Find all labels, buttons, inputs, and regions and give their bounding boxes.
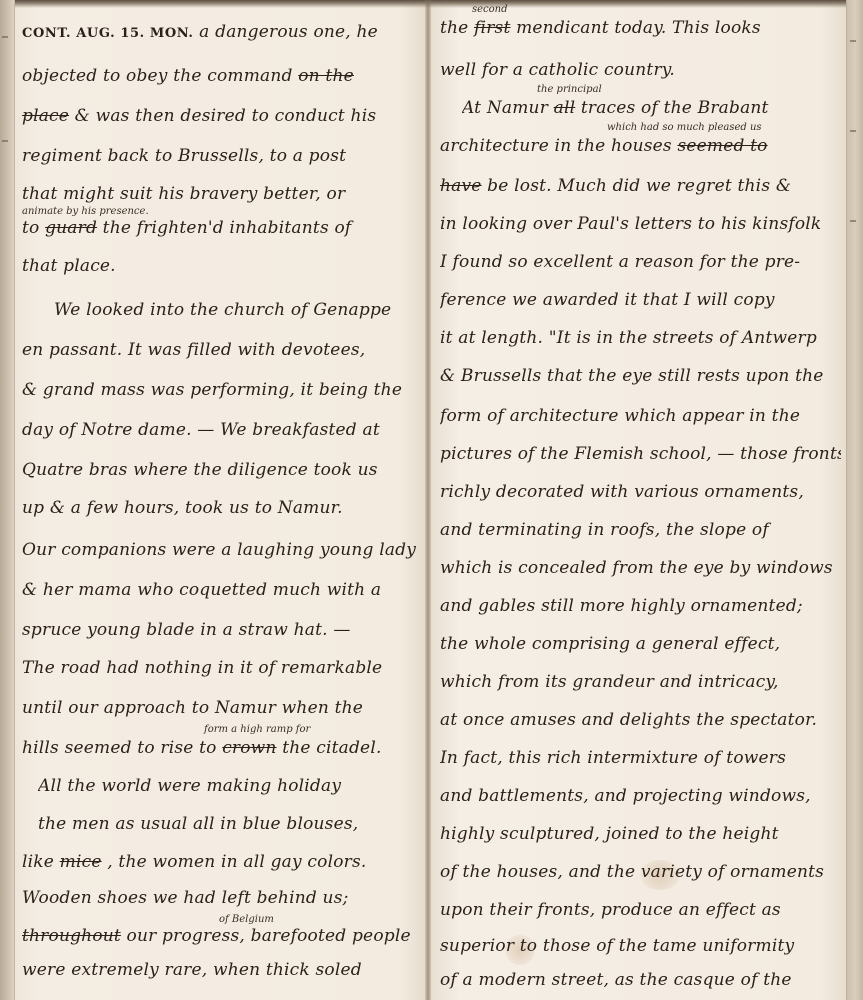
handwritten-line: have be lost. Much did we regret this & — [440, 176, 841, 196]
book-gutter — [425, 0, 431, 1000]
handwritten-line: the whole comprising a general effect, — [440, 634, 841, 654]
right-page: second the first mendicant today. This l… — [432, 0, 847, 1000]
handwritten-line: richly decorated with various ornaments, — [440, 482, 841, 502]
interlinear-insertion: the principal — [537, 84, 602, 95]
handwritten-line: upon their fronts, produce an effect as — [440, 900, 841, 920]
handwritten-line: and gables still more highly ornamented; — [440, 596, 841, 616]
interlinear-insertion: of Belgium — [219, 914, 274, 925]
edge-ink-mark — [850, 220, 856, 222]
handwritten-line: that place. — [22, 256, 418, 276]
handwritten-line: CONT. AUG. 15. MON. a dangerous one, he — [22, 22, 418, 42]
handwritten-line: hills seemed to rise to crown the citade… — [22, 738, 418, 758]
handwritten-line: spruce young blade in a straw hat. — — [22, 620, 418, 640]
right-book-edge — [846, 0, 863, 1000]
handwritten-line: architecture in the houses seemed to — [440, 136, 841, 156]
handwritten-line: superior to those of the tame uniformity — [440, 936, 841, 956]
handwritten-line: of a modern street, as the casque of the — [440, 970, 841, 990]
handwritten-line: en passant. It was filled with devotees, — [22, 340, 418, 360]
handwritten-line: At Namur all traces of the Brabant — [462, 98, 841, 118]
handwritten-line: at once amuses and delights the spectato… — [440, 710, 841, 730]
handwritten-line: which from its grandeur and intricacy, — [440, 672, 841, 692]
handwritten-line: place & was then desired to conduct his — [22, 106, 418, 126]
journal-spread: CONT. AUG. 15. MON. a dangerous one, he … — [0, 0, 863, 1000]
interlinear-insertion: animate by his presence. — [22, 206, 149, 217]
interlinear-insertion: second — [472, 4, 508, 15]
handwritten-line: up & a few hours, took us to Namur. — [22, 498, 418, 518]
handwritten-line: like mice , the women in all gay colors. — [22, 852, 418, 872]
left-book-edge — [0, 0, 15, 1000]
handwritten-line: Our companions were a laughing young lad… — [22, 540, 418, 560]
handwritten-line: I found so excellent a reason for the pr… — [440, 252, 841, 272]
handwritten-line: day of Notre dame. — We breakfasted at — [22, 420, 418, 440]
handwritten-line: objected to obey the command on the — [22, 66, 418, 86]
handwritten-line: of the houses, and the variety of orname… — [440, 862, 841, 882]
handwritten-line: the first mendicant today. This looks — [440, 18, 841, 38]
edge-ink-mark — [850, 40, 856, 42]
handwritten-line: The road had nothing in it of remarkable — [22, 658, 418, 678]
handwritten-line: that might suit his bravery better, or — [22, 184, 418, 204]
entry-header: CONT. AUG. 15. MON. — [22, 26, 194, 41]
handwritten-line: were extremely rare, when thick soled — [22, 960, 418, 980]
interlinear-insertion: form a high ramp for — [204, 724, 310, 735]
handwritten-line: All the world were making holiday — [38, 776, 418, 796]
handwritten-line: regiment back to Brussells, to a post — [22, 146, 418, 166]
handwritten-line: We looked into the church of Genappe — [54, 300, 418, 320]
handwritten-line: Quatre bras where the diligence took us — [22, 460, 418, 480]
handwritten-line: it at length. "It is in the streets of A… — [440, 328, 841, 348]
handwritten-line: & her mama who coquetted much with a — [22, 580, 418, 600]
handwritten-line: ference we awarded it that I will copy — [440, 290, 841, 310]
handwritten-line: Wooden shoes we had left behind us; — [22, 888, 418, 908]
handwritten-line: & Brussells that the eye still rests upo… — [440, 366, 841, 386]
handwritten-line: highly sculptured, joined to the height — [440, 824, 841, 844]
handwritten-line: which is concealed from the eye by windo… — [440, 558, 841, 578]
handwritten-line: and battlements, and projecting windows, — [440, 786, 841, 806]
edge-ink-mark — [850, 130, 856, 132]
handwritten-line: in looking over Paul's letters to his ki… — [440, 214, 841, 234]
handwritten-line: pictures of the Flemish school, — those … — [440, 444, 841, 464]
edge-ink-mark — [2, 140, 8, 142]
handwritten-line: throughout our progress, barefooted peop… — [22, 926, 418, 946]
handwritten-line: the men as usual all in blue blouses, — [38, 814, 418, 834]
edge-ink-mark — [2, 36, 8, 38]
handwritten-line: well for a catholic country. — [440, 60, 841, 80]
handwritten-line: until our approach to Namur when the — [22, 698, 418, 718]
interlinear-insertion: which had so much pleased us — [607, 122, 762, 133]
handwritten-line: form of architecture which appear in the — [440, 406, 841, 426]
handwritten-line: to guard the frighten'd inhabitants of — [22, 218, 418, 238]
left-page: CONT. AUG. 15. MON. a dangerous one, he … — [14, 0, 424, 1000]
handwritten-line: In fact, this rich intermixture of tower… — [440, 748, 841, 768]
handwritten-line: and terminating in roofs, the slope of — [440, 520, 841, 540]
handwritten-line: & grand mass was performing, it being th… — [22, 380, 418, 400]
